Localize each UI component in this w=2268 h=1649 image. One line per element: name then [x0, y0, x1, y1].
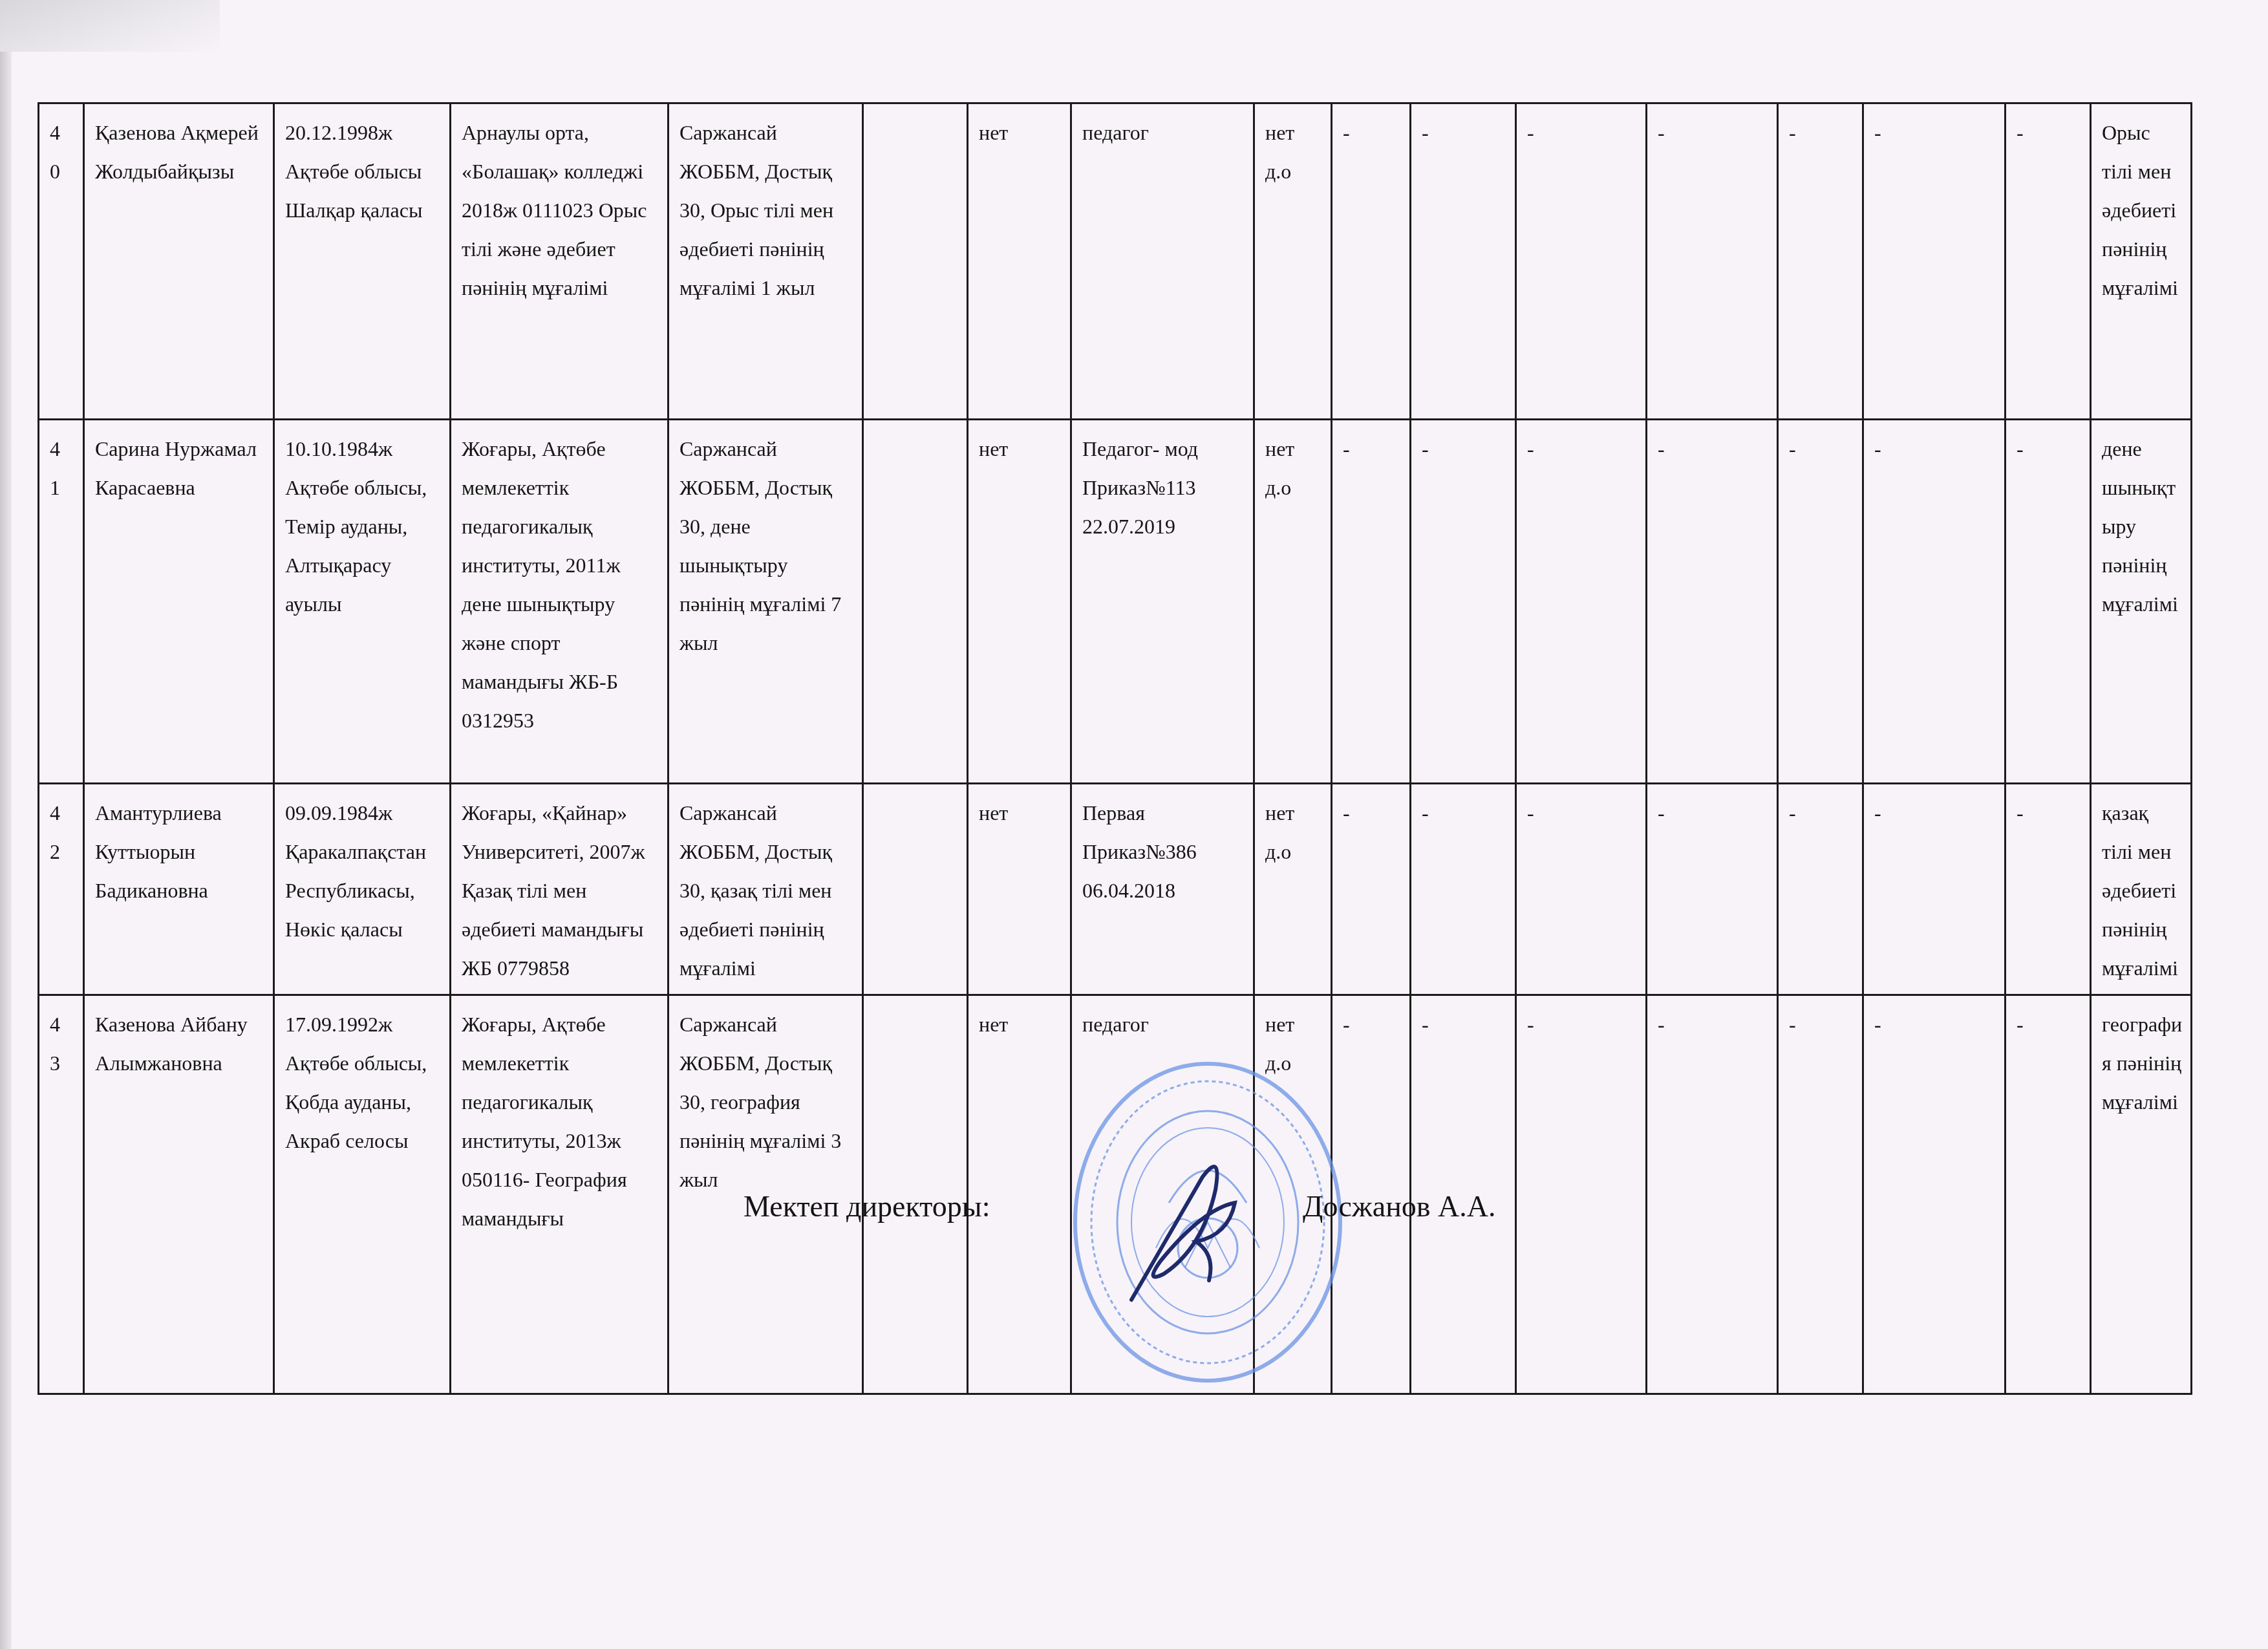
- row-number: 42: [39, 784, 84, 995]
- course-cell: нет д.о: [1254, 784, 1332, 995]
- dash-cell: -: [1516, 784, 1647, 995]
- workplace-cell: Саржансай ЖОББМ, Достық 30, дене шынықты…: [669, 420, 863, 784]
- signature-icon: [1125, 1151, 1254, 1306]
- dash-cell: -: [1516, 103, 1647, 420]
- table-row: 40 Қазенова Ақмерей Жолдыбайқызы 20.12.1…: [39, 103, 2192, 420]
- birth-cell: 17.09.1992ж Ақтөбе облысы, Қобда ауданы,…: [274, 995, 451, 1394]
- dash-cell: -: [1863, 420, 2006, 784]
- signatory-name: Досжанов А.А.: [1303, 1187, 1495, 1226]
- full-name-cell: Сарина Нуржамал Карасаевна: [84, 420, 274, 784]
- dash-cell: -: [1863, 995, 2006, 1394]
- scan-fold-shadow: [0, 0, 220, 52]
- workplace-cell: Саржансай ЖОББМ, Достық 30, қазақ тілі м…: [669, 784, 863, 995]
- position-cell: қазақ тілі мен әдебиеті пәнінің мұғалімі: [2091, 784, 2192, 995]
- dash-cell: -: [1647, 103, 1778, 420]
- category-cell: Первая Приказ№386 06.04.2018: [1071, 784, 1254, 995]
- birth-cell: 09.09.1984ж Қаракалпақстан Республикасы,…: [274, 784, 451, 995]
- row-number: 40: [39, 103, 84, 420]
- course-cell: нет д.о: [1254, 103, 1332, 420]
- position-cell: дене шынықтыру пәнінің мұғалімі: [2091, 420, 2192, 784]
- empty-cell: [863, 103, 968, 420]
- dash-cell: -: [1863, 103, 2006, 420]
- category-cell: Педагог- мод Приказ№113 22.07.2019: [1071, 420, 1254, 784]
- education-cell: Жоғары, «Қайнар» Университеті, 2007ж Қаз…: [451, 784, 669, 995]
- birth-cell: 20.12.1998ж Ақтөбе облысы Шалқар қаласы: [274, 103, 451, 420]
- dash-cell: -: [1863, 784, 2006, 995]
- empty-cell: [863, 784, 968, 995]
- category-cell: педагог: [1071, 103, 1254, 420]
- dash-cell: -: [1778, 420, 1863, 784]
- dash-cell: -: [1778, 103, 1863, 420]
- row-number: 41: [39, 420, 84, 784]
- birth-cell: 10.10.1984ж Ақтөбе облысы, Темір ауданы,…: [274, 420, 451, 784]
- dash-cell: -: [1332, 784, 1411, 995]
- dash-cell: -: [1411, 784, 1516, 995]
- dash-cell: -: [2006, 420, 2091, 784]
- full-name-cell: Амантурлиева Куттыорын Бадикановна: [84, 784, 274, 995]
- empty-cell: [863, 420, 968, 784]
- position-cell: Орыс тілі мен әдебиеті пәнінің мұғалімі: [2091, 103, 2192, 420]
- education-cell: Жоғары, Ақтөбе мемлекеттік педагогикалық…: [451, 420, 669, 784]
- full-name-cell: Қазенова Ақмерей Жолдыбайқызы: [84, 103, 274, 420]
- table-row: 41 Сарина Нуржамал Карасаевна 10.10.1984…: [39, 420, 2192, 784]
- table-row: 42 Амантурлиева Куттыорын Бадикановна 09…: [39, 784, 2192, 995]
- position-cell: география пәнінің мұғалімі: [2091, 995, 2192, 1394]
- workplace-cell: Саржансай ЖОББМ, Достық 30, Орыс тілі ме…: [669, 103, 863, 420]
- signatory-label: Мектеп директоры:: [744, 1187, 990, 1226]
- scan-edge: [0, 0, 12, 1649]
- dash-cell: -: [1778, 995, 1863, 1394]
- dash-cell: -: [1778, 784, 1863, 995]
- dash-cell: -: [1516, 420, 1647, 784]
- dash-cell: -: [2006, 784, 2091, 995]
- status-cell: нет: [968, 784, 1071, 995]
- education-cell: Жоғары, Ақтөбе мемлекеттік педагогикалық…: [451, 995, 669, 1394]
- row-number: 43: [39, 995, 84, 1394]
- course-cell: нет д.о: [1254, 420, 1332, 784]
- dash-cell: -: [1647, 420, 1778, 784]
- status-cell: нет: [968, 420, 1071, 784]
- full-name-cell: Казенова Айбану Алымжановна: [84, 995, 274, 1394]
- dash-cell: -: [1332, 103, 1411, 420]
- dash-cell: -: [1516, 995, 1647, 1394]
- dash-cell: -: [1647, 784, 1778, 995]
- dash-cell: -: [2006, 995, 2091, 1394]
- dash-cell: -: [1411, 420, 1516, 784]
- status-cell: нет: [968, 103, 1071, 420]
- dash-cell: -: [1332, 420, 1411, 784]
- dash-cell: -: [2006, 103, 2091, 420]
- dash-cell: -: [1411, 103, 1516, 420]
- education-cell: Арнаулы орта, «Болашақ» колледжі 2018ж 0…: [451, 103, 669, 420]
- dash-cell: -: [1647, 995, 1778, 1394]
